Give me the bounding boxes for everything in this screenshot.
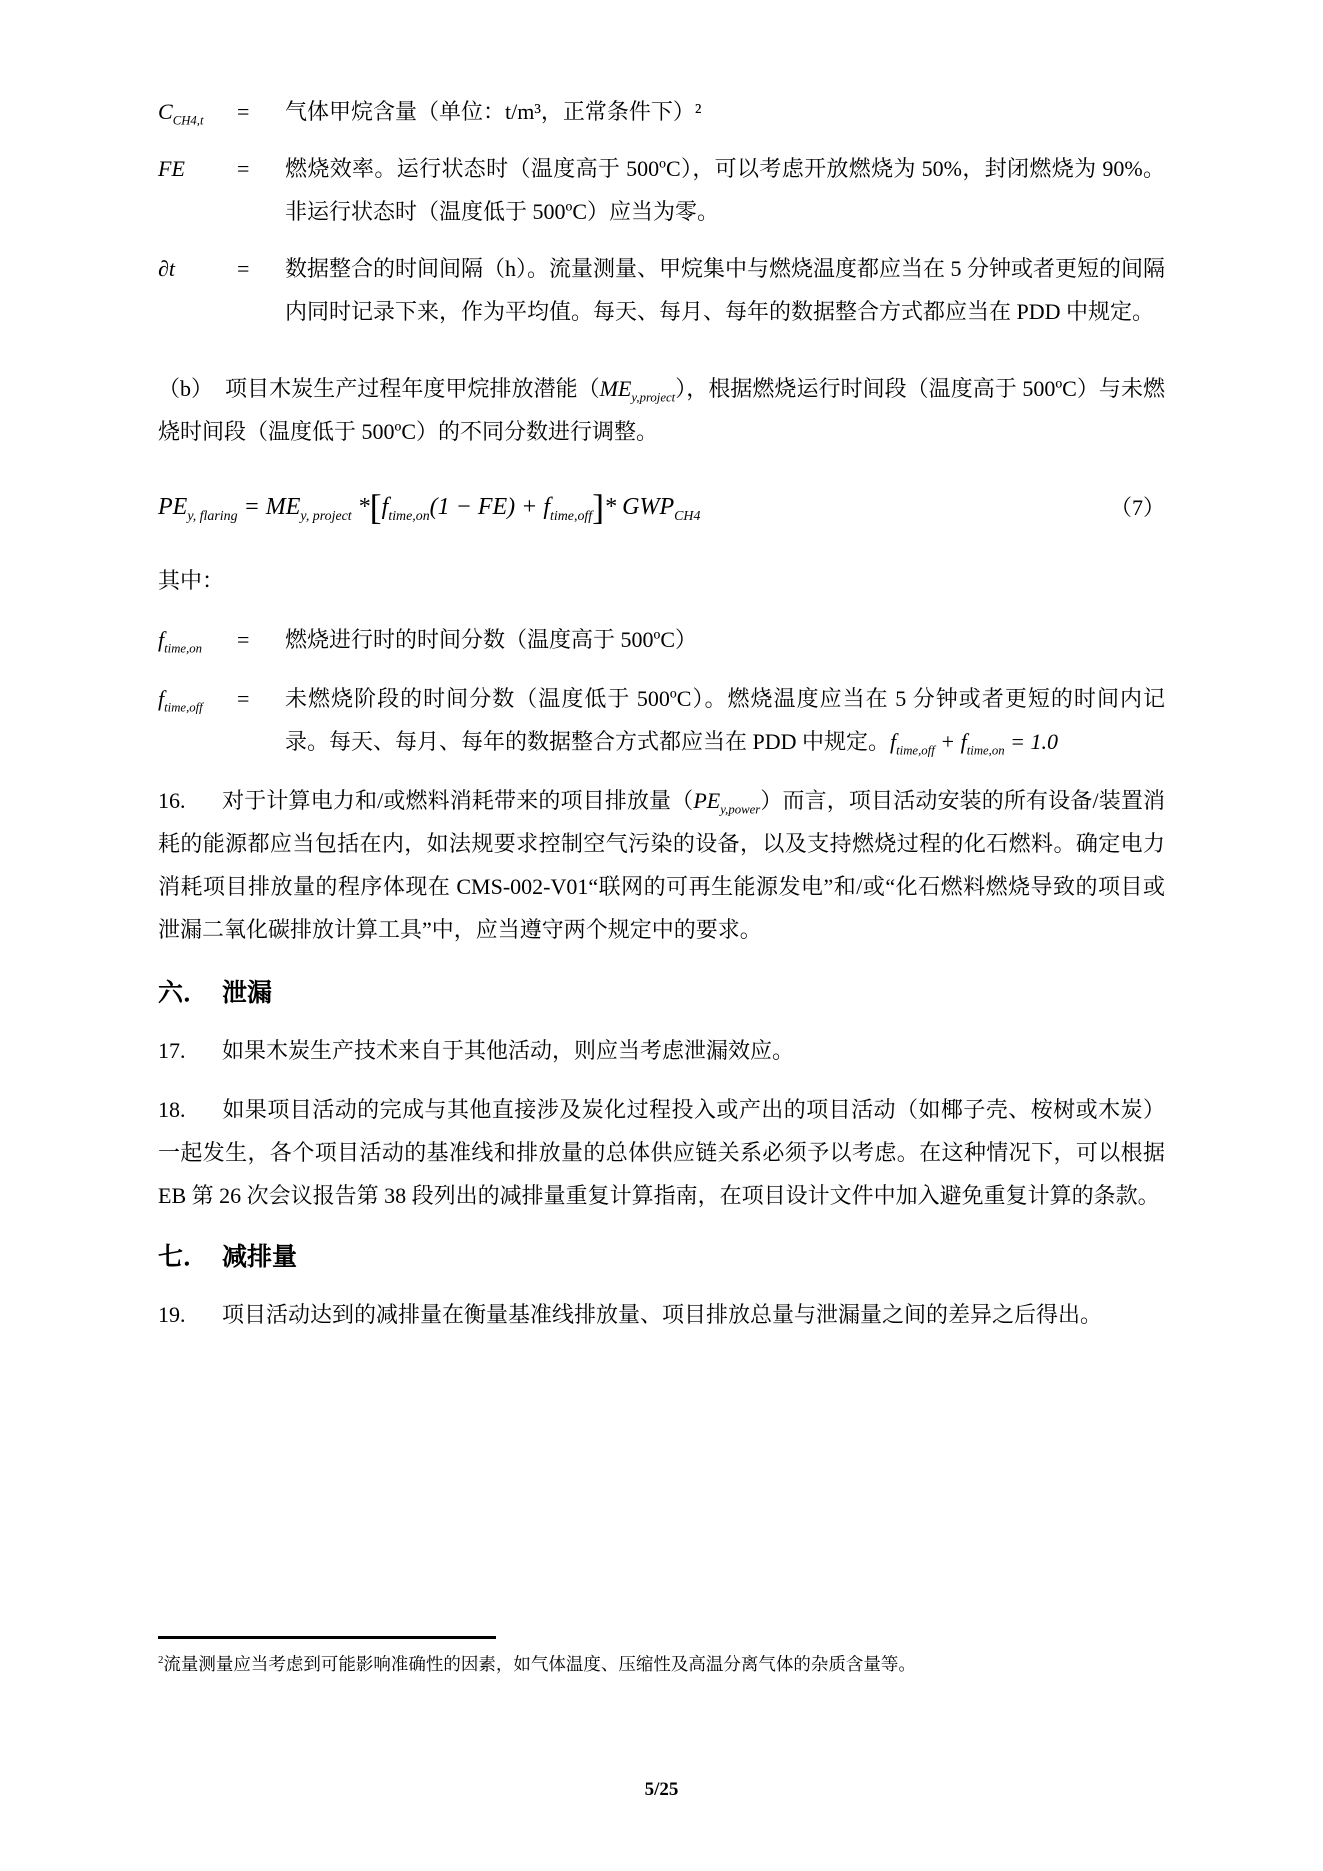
- page-content: CCH4,t = 气体甲烷含量（单位：t/m³，正常条件下）² FE = 燃烧效…: [0, 0, 1323, 1336]
- symbol-subscript: CH4,t: [173, 113, 204, 127]
- equation-middle-term: (1 − FE) +: [430, 494, 544, 520]
- var-gwp-ch4: GWPCH4: [622, 494, 700, 520]
- definition-row-f-on: ftime,on = 燃烧进行时的时间分数（温度高于 500ºC）: [158, 618, 1165, 661]
- left-bracket: [: [370, 487, 382, 527]
- paragraph-18-text: 如果项目活动的完成与其他直接涉及炭化过程投入或产出的项目活动（如椰子壳、桉树或木…: [158, 1097, 1165, 1208]
- var-subscript: time,on: [388, 508, 429, 523]
- equals-sign: =: [244, 494, 260, 520]
- var-f-time-off: ftime,off: [543, 494, 592, 520]
- footnote-divider: [158, 1636, 496, 1639]
- var-subscript: CH4: [674, 508, 700, 523]
- paragraph-18: 18.如果项目活动的完成与其他直接涉及炭化过程投入或产出的项目活动（如椰子壳、桉…: [158, 1088, 1165, 1217]
- var-f-time-off: ftime,off: [890, 729, 935, 754]
- equals-result: = 1.0: [1005, 729, 1058, 754]
- symbol-base: C: [158, 99, 173, 124]
- var-me-project: MEy, project: [266, 494, 352, 520]
- definition-description: 未燃烧阶段的时间分数（温度低于 500ºC）。燃烧温度应当在 5 分钟或者更短的…: [285, 677, 1165, 763]
- equals-sign: =: [237, 247, 285, 290]
- footnote-area: 2流量测量应当考虑到可能影响准确性的因素，如气体温度、压缩性及高温分离气体的杂质…: [158, 1636, 1165, 1677]
- symbol-dt: ∂t: [158, 247, 237, 290]
- definition-row-cch4t: CCH4,t = 气体甲烷含量（单位：t/m³，正常条件下）²: [158, 90, 1165, 133]
- footnote-text: 流量测量应当考虑到可能影响准确性的因素，如气体温度、压缩性及高温分离气体的杂质含…: [163, 1654, 916, 1674]
- equation-number: （7）: [1110, 486, 1165, 529]
- paragraph-19-text: 项目活动达到的减排量在衡量基准线排放量、项目排放总量与泄漏量之间的差异之后得出。: [222, 1302, 1102, 1327]
- definition-row-fe: FE = 燃烧效率。运行状态时（温度高于 500ºC），可以考虑开放燃烧为 50…: [158, 147, 1165, 233]
- footnote-2: 2流量测量应当考虑到可能影响准确性的因素，如气体温度、压缩性及高温分离气体的杂质…: [158, 1651, 1165, 1677]
- var-base: PE: [158, 494, 187, 520]
- var-base: PE: [693, 788, 720, 813]
- paragraph-b-label: （b）: [158, 367, 213, 410]
- equation-7: PEy, flaring = MEy, project *[ftime,on(1…: [158, 479, 1165, 535]
- multiply-sign: *: [358, 494, 370, 520]
- paragraph-number: 19.: [158, 1293, 222, 1336]
- paragraph-number: 16.: [158, 779, 222, 822]
- var-f-time-on: ftime,on: [382, 494, 430, 520]
- equals-sign: =: [237, 147, 285, 190]
- symbol-fe: FE: [158, 147, 237, 190]
- plus-sign: +: [935, 729, 961, 754]
- symbol-base: ∂t: [158, 256, 175, 281]
- paragraph-16: 16.对于计算电力和/或燃料消耗带来的项目排放量（PEy,power）而言，项目…: [158, 779, 1165, 951]
- where-label: 其中：: [158, 559, 1165, 602]
- var-pe-power: PEy,power: [693, 788, 760, 813]
- paragraph-16-text-pre: 对于计算电力和/或燃料消耗带来的项目排放量（: [222, 788, 693, 813]
- definition-description: 燃烧效率。运行状态时（温度高于 500ºC），可以考虑开放燃烧为 50%，封闭燃…: [285, 147, 1165, 233]
- section-number: 七．: [158, 1237, 222, 1277]
- var-subscript: y, flaring: [187, 508, 237, 523]
- definition-row-dt: ∂t = 数据整合的时间间隔（h）。流量测量、甲烷集中与燃烧温度都应当在 5 分…: [158, 247, 1165, 333]
- symbol-f-time-off: ftime,off: [158, 677, 237, 720]
- var-pe-flaring: PEy, flaring: [158, 494, 238, 520]
- var-base: ME: [600, 376, 632, 401]
- symbol-cch4t: CCH4,t: [158, 90, 237, 133]
- section-heading-7-emission-reductions: 七．减排量: [158, 1237, 1165, 1277]
- section-number: 六．: [158, 973, 222, 1013]
- definition-description: 数据整合的时间间隔（h）。流量测量、甲烷集中与燃烧温度都应当在 5 分钟或者更短…: [285, 247, 1165, 333]
- definition-row-f-off: ftime,off = 未燃烧阶段的时间分数（温度低于 500ºC）。燃烧温度应…: [158, 677, 1165, 763]
- var-subscript: y,project: [631, 390, 675, 404]
- right-bracket: ]: [592, 487, 604, 527]
- page-number: 5/25: [0, 1768, 1323, 1811]
- paragraph-17: 17.如果木炭生产技术来自于其他活动，则应当考虑泄漏效应。: [158, 1029, 1165, 1072]
- section-heading-6-leakage: 六．泄漏: [158, 973, 1165, 1013]
- paragraph-number: 17.: [158, 1029, 222, 1072]
- symbol-subscript: time,off: [164, 700, 203, 714]
- inline-formula-fsum: ftime,off + ftime,on = 1.0: [890, 729, 1058, 754]
- var-subscript: time,off: [550, 508, 592, 523]
- var-subscript: y,power: [720, 802, 760, 816]
- equals-sign: =: [237, 677, 285, 720]
- var-me-project: MEy,project: [600, 376, 676, 401]
- multiply-sign: *: [604, 494, 616, 520]
- paragraph-number: 18.: [158, 1088, 222, 1131]
- paragraph-19: 19.项目活动达到的减排量在衡量基准线排放量、项目排放总量与泄漏量之间的差异之后…: [158, 1293, 1165, 1336]
- var-subscript: y, project: [300, 508, 351, 523]
- definition-list-top: CCH4,t = 气体甲烷含量（单位：t/m³，正常条件下）² FE = 燃烧效…: [158, 90, 1165, 333]
- symbol-subscript: time,on: [164, 641, 202, 655]
- section-title: 减排量: [222, 1243, 297, 1271]
- var-base: ME: [266, 494, 301, 520]
- definition-description: 气体甲烷含量（单位：t/m³，正常条件下）²: [285, 90, 1165, 133]
- symbol-f-time-on: ftime,on: [158, 618, 237, 661]
- paragraph-17-text: 如果木炭生产技术来自于其他活动，则应当考虑泄漏效应。: [222, 1038, 794, 1063]
- var-f-time-on: ftime,on: [961, 729, 1005, 754]
- equals-sign: =: [237, 618, 285, 661]
- var-subscript: time,on: [967, 743, 1005, 757]
- var-subscript: time,off: [896, 743, 935, 757]
- document-page: CCH4,t = 气体甲烷含量（单位：t/m³，正常条件下）² FE = 燃烧效…: [0, 0, 1323, 1871]
- symbol-base: FE: [158, 156, 185, 181]
- var-base: GWP: [622, 494, 674, 520]
- equals-sign: =: [237, 90, 285, 133]
- paragraph-b-text-pre: 项目木炭生产过程年度甲烷排放潜能（: [225, 376, 600, 401]
- equation-7-expression: PEy, flaring = MEy, project *[ftime,on(1…: [158, 486, 700, 529]
- paragraph-b: （b）项目木炭生产过程年度甲烷排放潜能（MEy,project），根据燃烧运行时…: [158, 367, 1165, 453]
- section-title: 泄漏: [222, 979, 272, 1007]
- definition-description: 燃烧进行时的时间分数（温度高于 500ºC）: [285, 618, 1165, 661]
- definition-list-ftime: ftime,on = 燃烧进行时的时间分数（温度高于 500ºC） ftime,…: [158, 618, 1165, 763]
